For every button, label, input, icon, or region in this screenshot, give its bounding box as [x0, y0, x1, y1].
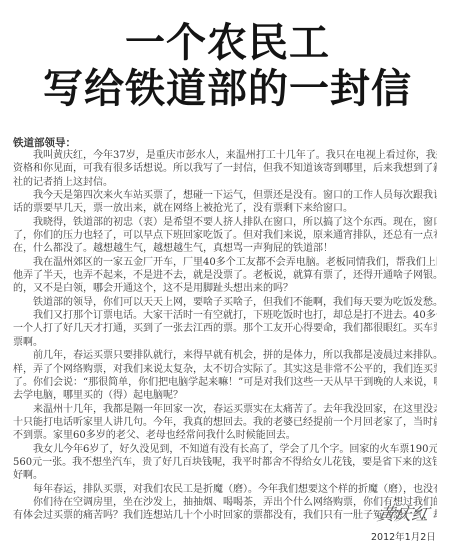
letter-line: 样，弄了个网络购票，对我们来说太复杂，太不切合实际了。其实这是非常不公平的，我们… [13, 363, 437, 376]
headline-line-1: 一个农民工 [0, 20, 455, 66]
letter-line: 我们又打那个订票电话。大家干活时一有空就打，下班吃饭时也打，却总是打不进去。40… [13, 309, 437, 322]
letter-line: 好啊。 [13, 469, 437, 482]
letter-line: 了。你们会说：“那很简单，你们把电脑学起来嘛！”可是对我们这些一天从早干到晚的人… [13, 376, 437, 389]
headline-line-2: 写给铁道部的一封信 [0, 66, 455, 112]
letter-line: 十只能打电话听家里人讲几句。今年，我真的想回去。我的老婆已经提前一个月回老家了，… [13, 416, 437, 429]
letter-date: 2012年1月2日 [371, 529, 436, 543]
letter-line: 资格和你见面，可我有很多话想说。所以我写了一封信，但我不知道该寄到哪里，后来我想… [13, 162, 437, 175]
letter-line: 不到票。家里60多岁的老父、老母也经常问我什么时候能回去。 [13, 429, 437, 442]
letter-line: 我在温州郊区的一家五金厂开车，厂里40多个工友都不会弄电脑。老板同情我们，帮我们… [13, 256, 437, 269]
letter-line: 社的记者捎上这封信。 [13, 176, 437, 189]
letter-line: 铁道部的领导，你们可以天天上网，要啥子买啥子，但我们不能啊，我们每天要为吃饭发愁… [13, 296, 437, 309]
letter-line: 的，又不是白领，哪会开通这个，这不是用脚趾头想出来的吗？ [13, 282, 437, 295]
letter-line: 话的票要早几天，票一放出来，就在网络上被抢光了，没有票剩下来给窗口。 [13, 202, 437, 215]
letter-line: 了，你们的压力也轻了，可以早点下班回家吃饭了。但对我们来说，原来通宵排队，还总有… [13, 229, 437, 242]
letter-line: 我叫黄庆红，今年37岁，是重庆市彭水人，来温州打工十几年了。我只在电视上看过你，… [13, 149, 437, 162]
handwritten-signature: 黄庆红 [376, 500, 431, 525]
letter-line: 我晓得，铁道部的初忠（衷）是希望不要人挤人排队在窗口，所以搞了这个东西。现在，窗… [13, 216, 437, 229]
letter-line: 来温州十几年，我都是隔一年回家一次，春运买票实在太痛苦了。去年我没回家，在这里没… [13, 403, 437, 416]
letter-line: 每年春运，排队买票，对我们农民工是折魔（磨）。今年我们想要这个样的折魔（磨），也… [13, 483, 437, 496]
letter-line: 去学电脑，哪里买的（得）起电脑呢？ [13, 389, 437, 402]
letter-line: 有体会过买票的痛苦吗？我们连想站几十个小时回家的票都没有，我们只有一肚子冤（怨）… [13, 509, 437, 522]
letter-line: 一个人打了好几天才打通，买到了一张去江西的票。那个工友开心得要命，我们都很眼红。… [13, 322, 437, 335]
letter-line: 前几年，春运买票只要排队就行，来得早就有机会，拼的是体力，所以我都是凌晨过来排队… [13, 349, 437, 362]
letter-line: 票啊。 [13, 336, 437, 349]
letter-line: 我女儿今年6岁了，好久没见到，不知道有没有长高了，学会了几个字。回家的火车票19… [13, 443, 437, 456]
letter-line: 他弄了半天，也弄不起来，不是进不去，就是没票了。老板说，就算有票了，还得开通啥子… [13, 269, 437, 282]
letter-line: 你们待在空调房里，坐在沙发上，抽抽烟、喝喝茶，弄出个什么网络购票，你们有想过我们… [13, 496, 437, 509]
letter-line: 在，什么都没了。越想越生气，越想越生气，真想骂一声狗屁的铁道部！ [13, 242, 437, 255]
letter-line: 我今天是第四次来火车站买票了，想碰一下运气，但票还是没有。窗口的工作人员每次跟我… [13, 189, 437, 202]
letter-body: 我叫黄庆红，今年37岁，是重庆市彭水人，来温州打工十几年了。我只在电视上看过你，… [13, 149, 437, 523]
letter-salutation: 铁道部领导： [13, 135, 76, 150]
letter-line: 560元一张。我不想坐汽车，贵了好几百块钱呢，我平时都舍不得给女儿花钱，要是省下… [13, 456, 437, 469]
